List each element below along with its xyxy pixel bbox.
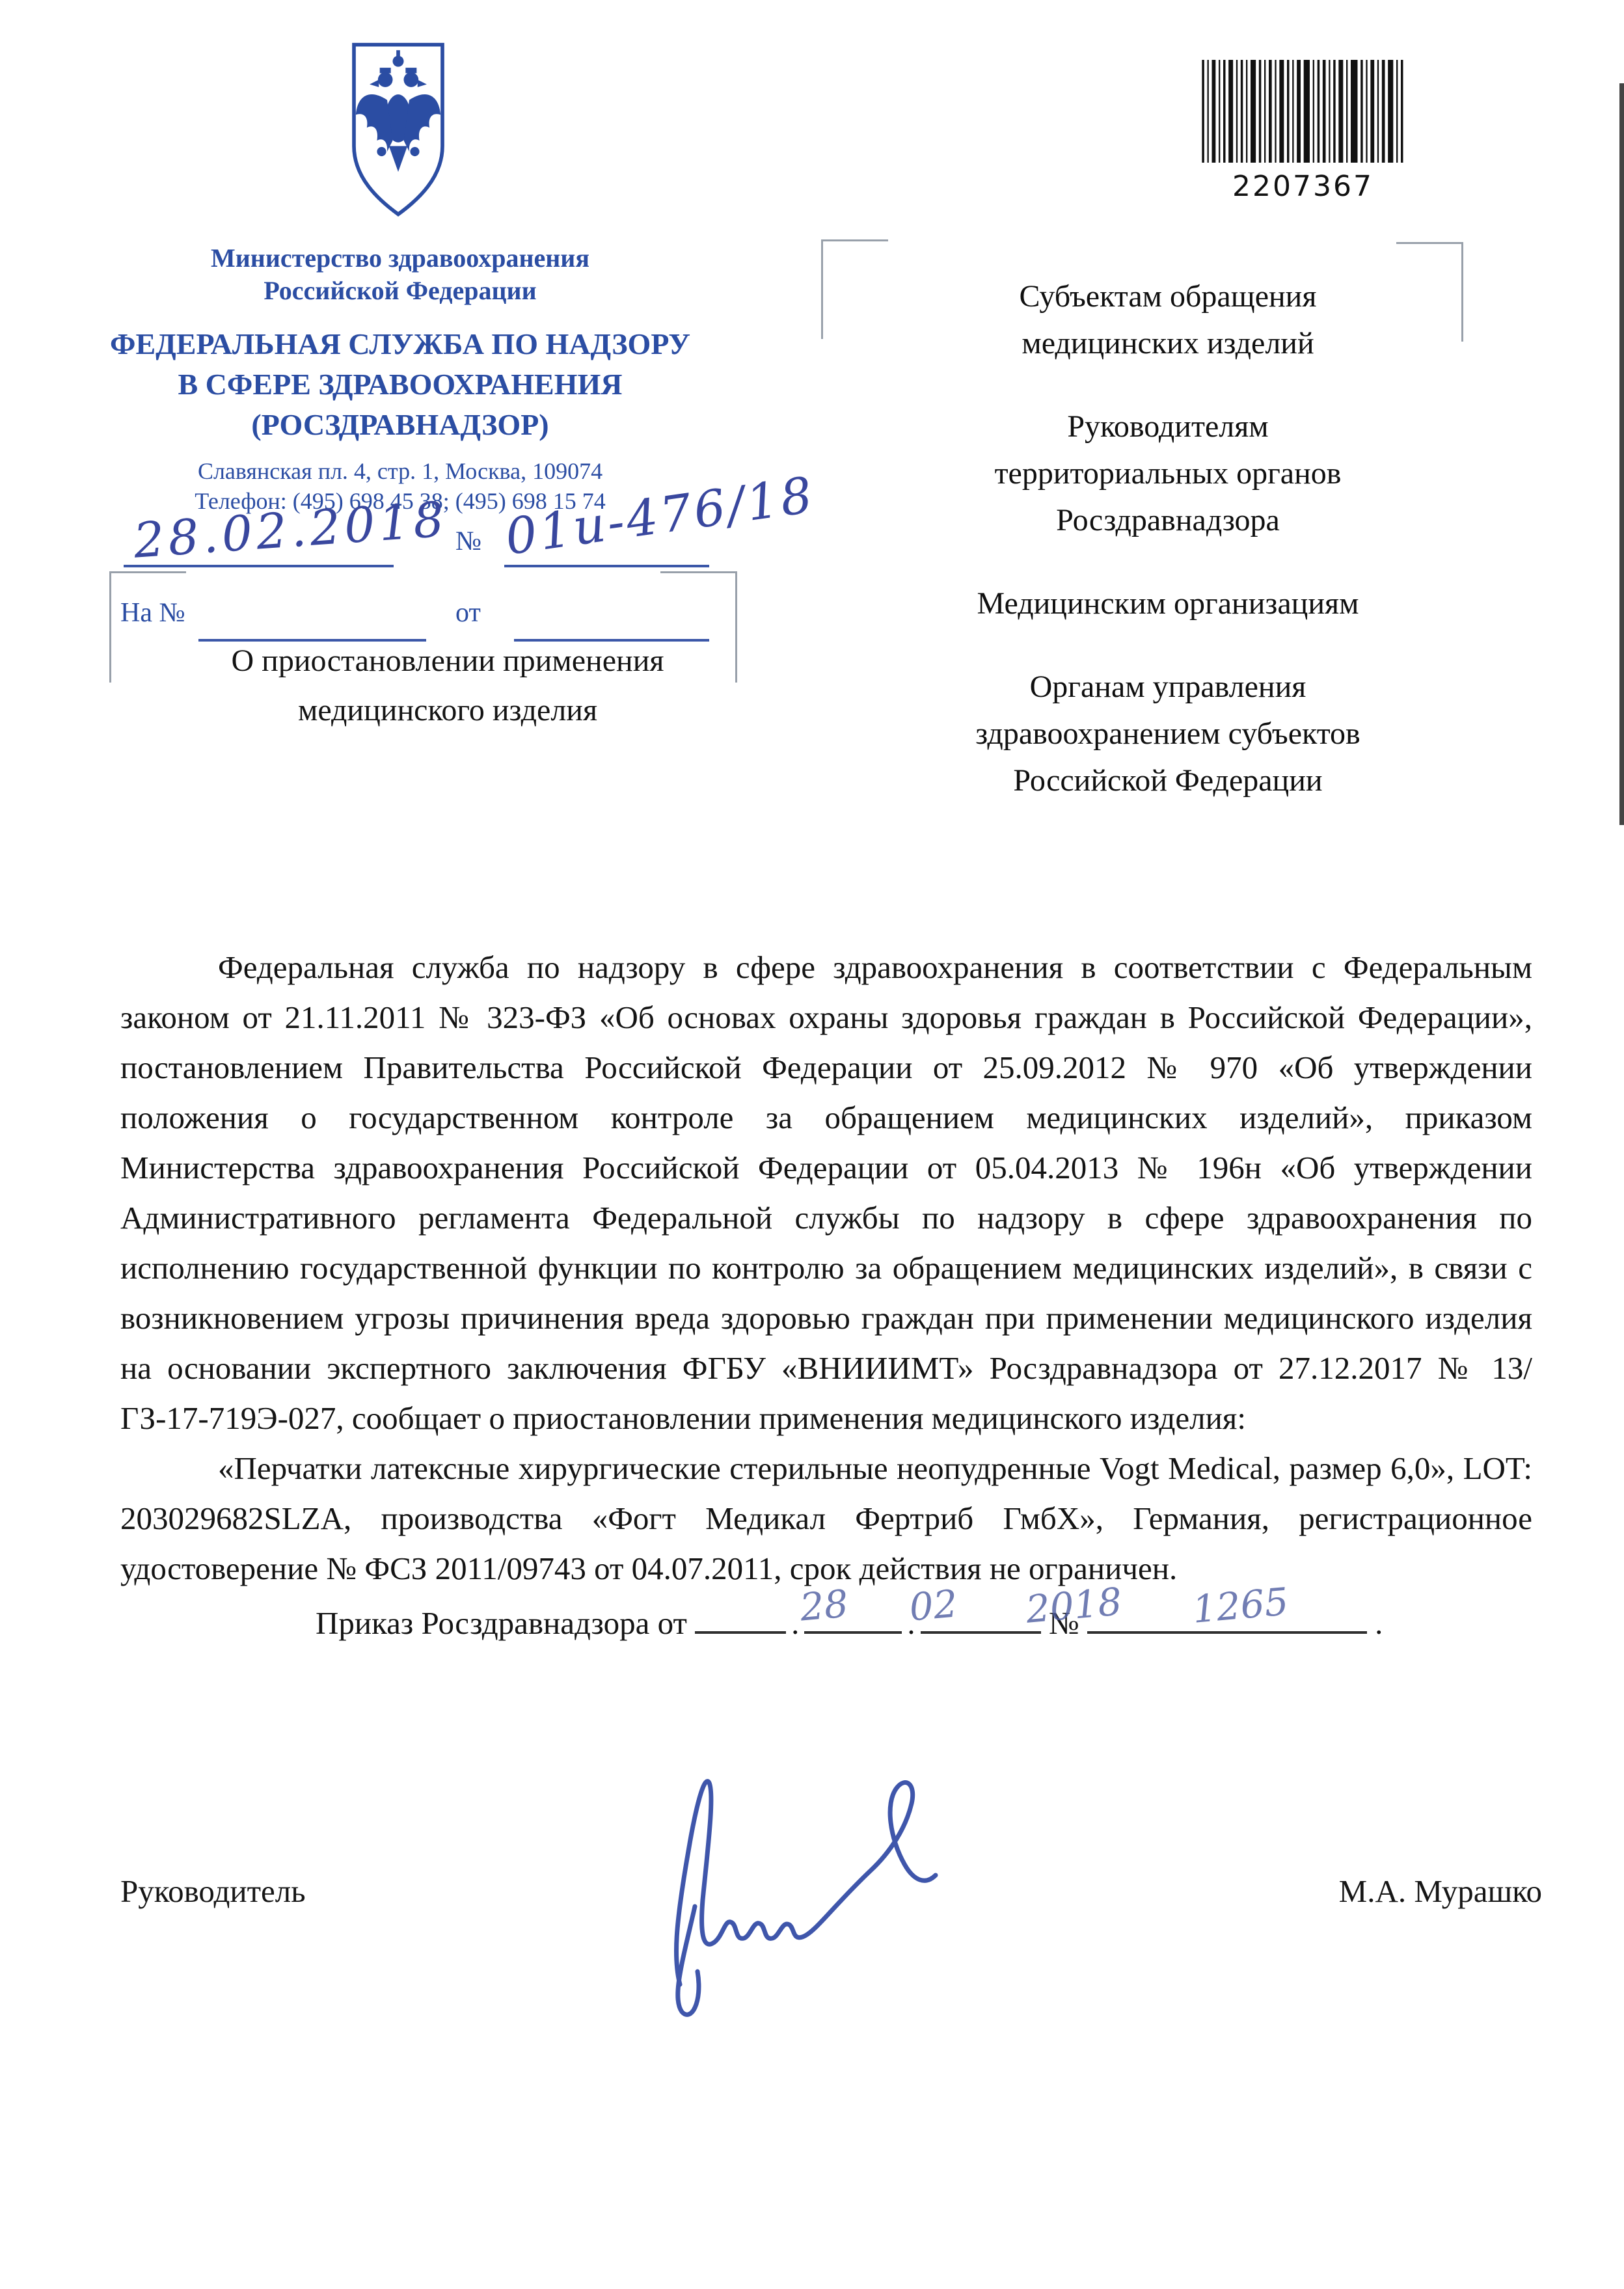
order-prefix: Приказ Росздравнадзора от xyxy=(316,1605,687,1641)
ministry-line2: Российской Федерации xyxy=(98,275,703,307)
order-number-blank: 1265 xyxy=(1087,1593,1367,1634)
reply-from-label: от xyxy=(455,597,481,629)
service-line3: (РОСЗДРАВНАДЗОР) xyxy=(72,405,729,445)
subject-line: О приостановлении применения медицинског… xyxy=(155,636,740,735)
addressee-item: Руководителям территориальных органов Ро… xyxy=(947,403,1389,544)
order-day-blank: 28 xyxy=(695,1593,786,1634)
corner-mark xyxy=(821,239,888,339)
service-name: ФЕДЕРАЛЬНАЯ СЛУЖБА ПО НАДЗОРУ В СФЕРЕ ЗД… xyxy=(72,324,729,445)
letter-body: Федеральная служба по надзору в сфере зд… xyxy=(120,942,1532,1648)
scan-edge-artifact xyxy=(1619,83,1624,825)
postal-address: Славянская пл. 4, стр. 1, Москва, 109074 xyxy=(98,457,703,485)
addressee-item: Субъектам обращения медицинских изделий xyxy=(947,273,1389,367)
body-paragraph-2: «Перчатки латексные хирургические стерил… xyxy=(120,1443,1532,1593)
body-paragraph-1: Федеральная служба по надзору в сфере зд… xyxy=(120,942,1532,1443)
signer-position: Руководитель xyxy=(120,1873,306,1910)
ministry-name: Министерство здравоохранения Российской … xyxy=(98,242,703,307)
date-underline xyxy=(124,565,394,567)
addressee-item: Медицинским организациям xyxy=(947,580,1389,627)
service-line2: В СФЕРЕ ЗДРАВООХРАНЕНИЯ xyxy=(72,364,729,405)
number-label: № xyxy=(455,526,481,557)
signature-icon xyxy=(612,1711,976,2017)
ministry-line1: Министерство здравоохранения xyxy=(98,242,703,275)
barcode-bars xyxy=(1200,60,1405,163)
corner-mark xyxy=(1396,242,1463,342)
document-page: Министерство здравоохранения Российской … xyxy=(0,0,1624,2289)
number-underline xyxy=(504,565,709,567)
barcode-number: 2207367 xyxy=(1200,170,1405,203)
barcode: 2207367 xyxy=(1200,60,1405,203)
order-suffix: . xyxy=(1375,1605,1383,1641)
signer-name: М.А. Мурашко xyxy=(1269,1873,1542,1910)
order-line: Приказ Росздравнадзора от 28.02.2018 № 1… xyxy=(120,1593,1532,1648)
addressee-item: Органам управления здравоохранением субъ… xyxy=(947,664,1389,804)
coat-of-arms-icon xyxy=(343,31,453,228)
order-month-blank: 02 xyxy=(804,1593,902,1634)
addressee-list: Субъектам обращения медицинских изделий … xyxy=(947,273,1389,841)
order-year-blank: 2018 xyxy=(921,1593,1041,1634)
service-line1: ФЕДЕРАЛЬНАЯ СЛУЖБА ПО НАДЗОРУ xyxy=(72,324,729,364)
